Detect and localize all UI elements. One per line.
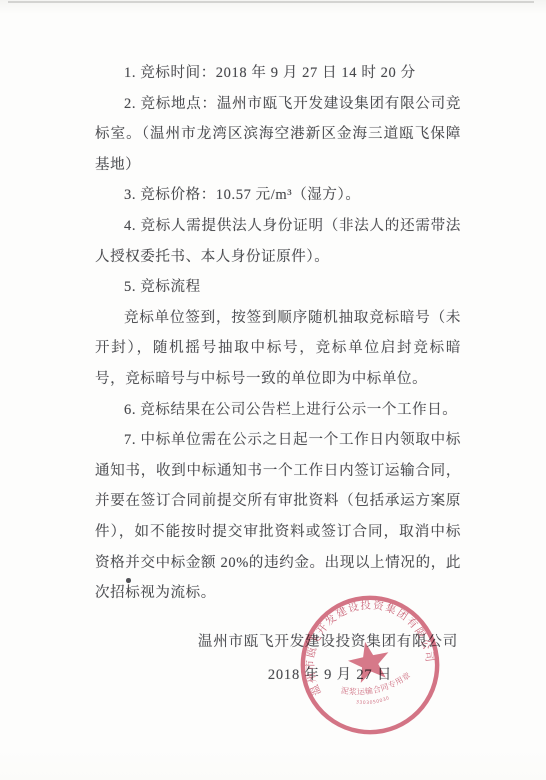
paragraph-bid-price: 3. 竞标价格：10.57 元/m³（湿方）。 xyxy=(95,180,461,211)
scanned-document-page: 1. 竞标时间：2018 年 9 月 27 日 14 时 20 分 2. 竞标地… xyxy=(0,0,546,780)
scan-artifact-line xyxy=(8,1,534,3)
paragraph-bid-result: 6. 竞标结果在公司公告栏上进行公示一个工作日。 xyxy=(95,395,461,426)
svg-text:温州市瓯飞开发建设投资集团有限公司: 温州市瓯飞开发建设投资集团有限公司 xyxy=(292,586,439,697)
company-seal-stamp: 温州市瓯飞开发建设投资集团有限公司 泥浆运输合同专用章 3303050030 xyxy=(291,586,449,744)
svg-text:泥浆运输合同专用章: 泥浆运输合同专用章 xyxy=(338,669,414,702)
paragraph-bidder-id: 4. 竞标人需提供法人身份证明（非法人的还需带法人授权委托书、本人身份证原件）。 xyxy=(95,211,461,272)
paragraph-bid-place: 2. 竞标地点：温州市瓯飞开发建设集团有限公司竞标室。（温州市龙湾区滨海空港新区… xyxy=(95,89,461,181)
stamp-inner-text: 泥浆运输合同专用章 xyxy=(338,669,414,702)
star-icon xyxy=(345,638,394,685)
paragraph-bid-process-title: 5. 竞标流程 xyxy=(95,272,461,303)
ink-speck xyxy=(126,578,131,583)
stamp-company-arc-text: 温州市瓯飞开发建设投资集团有限公司 xyxy=(292,586,439,697)
paragraph-bid-time: 1. 竞标时间：2018 年 9 月 27 日 14 时 20 分 xyxy=(95,58,461,89)
paragraph-award-terms: 7. 中标单位需在公示之日起一个工作日内领取中标通知书，收到中标通知书一个工作日… xyxy=(95,425,461,609)
document-body: 1. 竞标时间：2018 年 9 月 27 日 14 时 20 分 2. 竞标地… xyxy=(95,58,461,609)
paragraph-bid-process: 竞标单位签到，按签到顺序随机抽取竞标暗号（未开封），随机摇号抽取中标号，竞标单位… xyxy=(95,303,461,395)
